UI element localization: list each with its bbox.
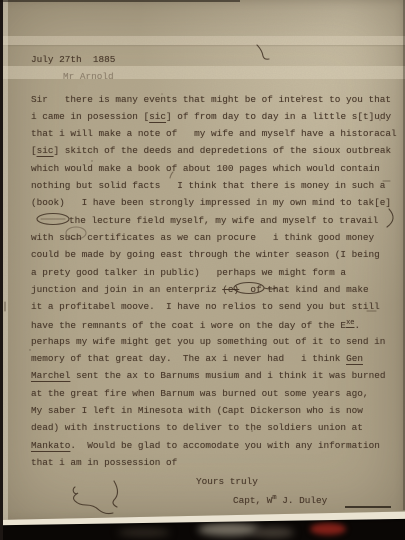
letter-line: with such certificates as we can procure…: [31, 229, 405, 246]
letter-line: that i am in possession of: [31, 454, 405, 471]
letter-line: My saber I left in Minesota with (Capt D…: [31, 402, 405, 419]
letter-line: memory of that great day. The ax i never…: [31, 350, 405, 367]
letter-line: dead) with instructions to deliver to th…: [31, 419, 405, 436]
background-object: [310, 523, 346, 535]
letter-line: (book) I have been strongly impressed in…: [31, 194, 405, 211]
background-object: [252, 527, 294, 538]
letter-line: [sic] skitch of the deeds and depredetio…: [31, 142, 405, 159]
letter-line: that i will make a note of my wife and m…: [31, 125, 405, 142]
letter-line: which would make a book of about 100 pag…: [31, 160, 405, 177]
letter-line: a prety good talker in public) perhaps w…: [31, 264, 405, 281]
letter-line: Mr Arnold: [63, 68, 405, 85]
photo-frame: July 27th 1885Mr ArnoldSir there is many…: [0, 0, 405, 540]
paper-crease: [0, 36, 405, 45]
background-object: [118, 528, 170, 537]
letter-body: July 27th 1885Mr ArnoldSir there is many…: [31, 51, 405, 508]
letter-line: at the great fire when Barnum was burned…: [31, 385, 405, 402]
letter-line: i came in posession [sic] of from day to…: [31, 108, 405, 125]
letter-line: junction and join in an enterpriz (e) of…: [31, 281, 405, 298]
letter-line: perhaps my wife might get you up somethi…: [31, 333, 405, 350]
background-object: [198, 523, 260, 536]
letter-line: July 27th 1885: [31, 51, 405, 68]
letter-line: Capt, Wm J. Duley: [233, 490, 405, 507]
letter-line: Marchel sent the ax to Barnums musium an…: [31, 367, 405, 384]
letter-line: Sir there is many events that might be o…: [31, 91, 405, 108]
letter-line: the lecture field myself, my wife and my…: [69, 212, 405, 229]
letter-line: could be made by going east through the …: [31, 246, 405, 263]
letter-line: it a profitabel moove. I have no relios …: [31, 298, 405, 315]
letter-line: Yours truly: [196, 473, 405, 490]
photo-edge: [0, 0, 240, 2]
photo-edge: [0, 0, 3, 540]
letter-line: nothing but solid facts I think that the…: [31, 177, 405, 194]
letter-line: Mankato. Would be glad to accomodate you…: [31, 437, 405, 454]
letter-line: have the remnants of the coat i wore on …: [31, 315, 405, 332]
